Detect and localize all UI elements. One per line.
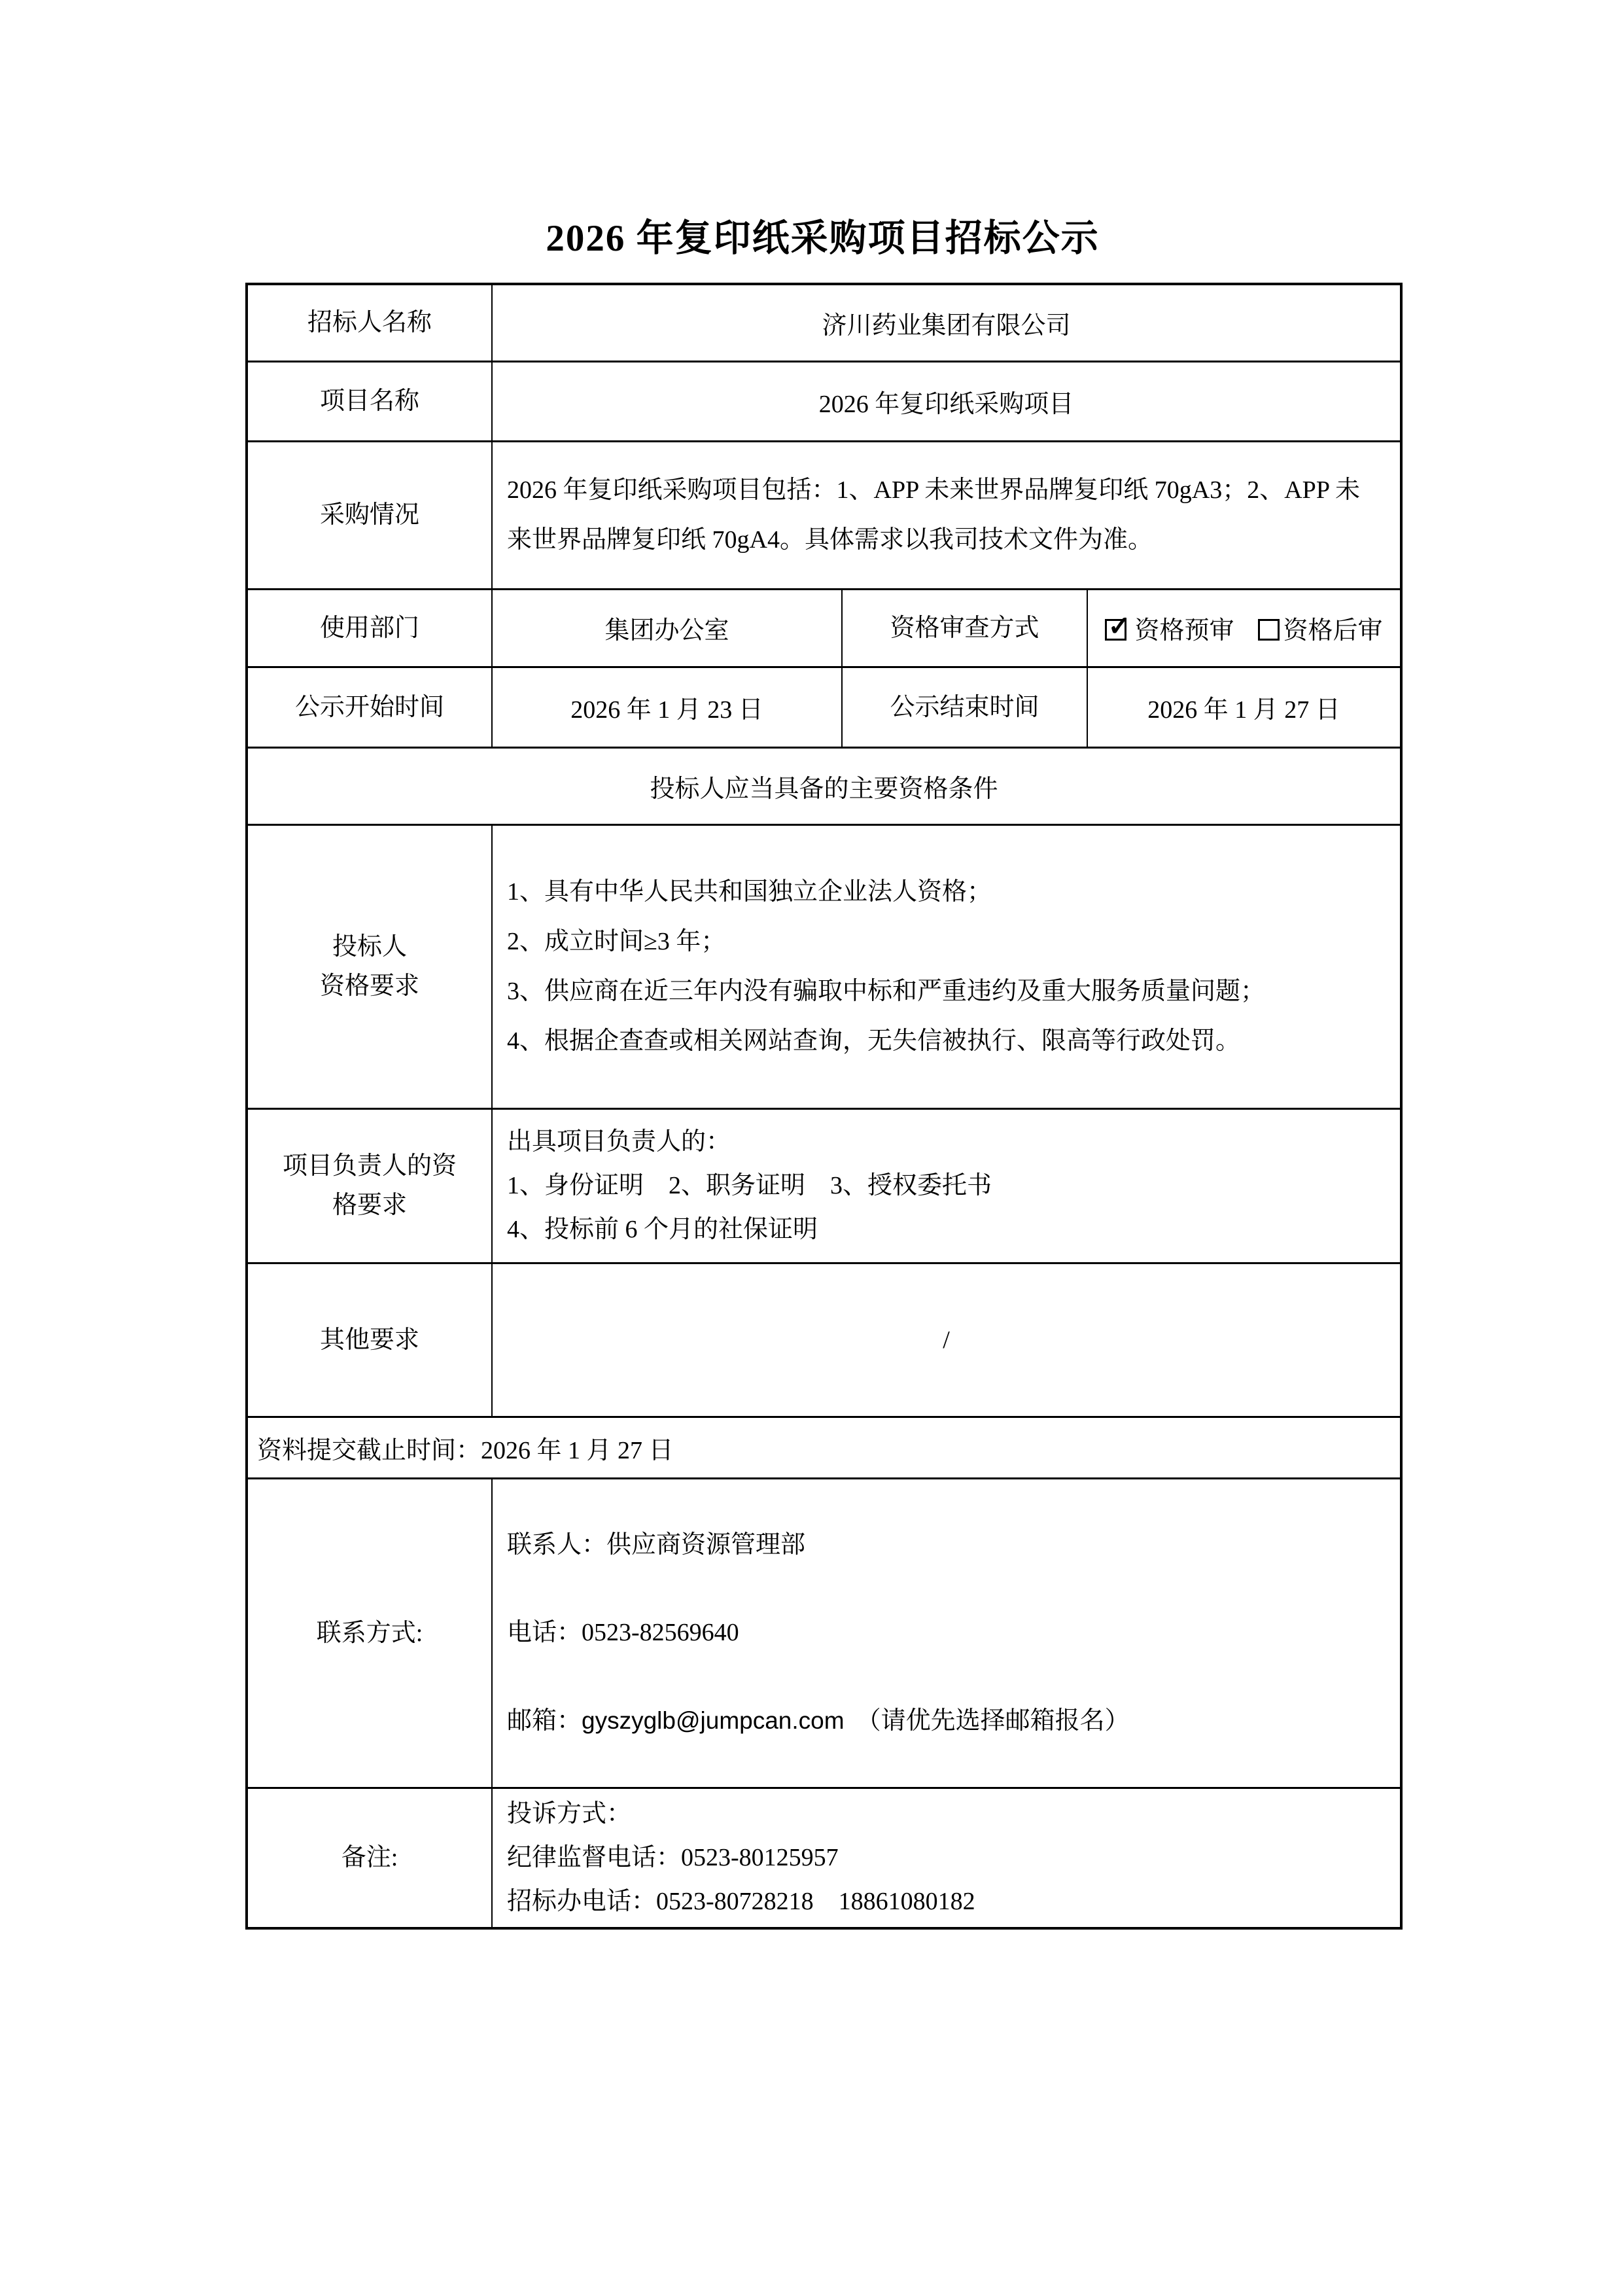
submission-deadline: 资料提交截止时间：2026 年 1 月 27 日 (247, 1417, 1401, 1478)
project-name-label: 项目名称 (247, 361, 492, 441)
publicity-end-label: 公示结束时间 (842, 667, 1087, 747)
bidder-requirements-content: 1、具有中华人民共和国独立企业法人资格； 2、成立时间≥3 年； 3、供应商在近… (492, 824, 1401, 1108)
publicity-start-label: 公示开始时间 (247, 667, 492, 747)
table-row: 其他要求 / (247, 1263, 1401, 1417)
project-name-value: 2026 年复印纸采购项目 (492, 361, 1401, 441)
table-row: 公示开始时间 2026 年 1 月 23 日 公示结束时间 2026 年 1 月… (247, 667, 1401, 747)
table-row: 项目负责人的资 格要求 出具项目负责人的： 1、身份证明 2、职务证明 3、授权… (247, 1108, 1401, 1263)
tenderer-label: 招标人名称 (247, 284, 492, 361)
publicity-start-value: 2026 年 1 月 23 日 (492, 667, 842, 747)
table-row: 招标人名称 济川药业集团有限公司 (247, 284, 1401, 361)
email-address[interactable]: gyszyglb@jumpcan.com (582, 1707, 845, 1734)
table-row: 资料提交截止时间：2026 年 1 月 27 日 (247, 1417, 1401, 1478)
pre-qualification-label: 资格预审 (1134, 610, 1234, 646)
remark-label: 备注: (247, 1788, 492, 1928)
document-page: 2026 年复印纸采购项目招标公示 招标人名称 济川药业集团有限公司 项目名称 … (0, 0, 1623, 2296)
table-row: 项目名称 2026 年复印纸采购项目 (247, 361, 1401, 441)
department-value: 集团办公室 (492, 589, 842, 667)
table-row: 联系方式: 联系人：供应商资源管理部 电话：0523-82569640 邮箱：g… (247, 1478, 1401, 1788)
post-qualification-label: 资格后审 (1283, 610, 1383, 646)
manager-requirements-label: 项目负责人的资 格要求 (247, 1108, 492, 1263)
post-qualification-checkbox[interactable] (1258, 619, 1280, 641)
tenderer-value: 济川药业集团有限公司 (492, 284, 1401, 361)
tender-notice-table: 招标人名称 济川药业集团有限公司 项目名称 2026 年复印纸采购项目 采购情况… (245, 283, 1403, 1930)
qualification-method-label: 资格审查方式 (842, 589, 1087, 667)
email-label: 邮箱： (507, 1707, 582, 1735)
page-title: 2026 年复印纸采购项目招标公示 (245, 216, 1400, 262)
procurement-value: 2026 年复印纸采购项目包括：1、APP 未来世界品牌复印纸 70gA3；2、… (492, 441, 1401, 589)
department-label: 使用部门 (247, 589, 492, 667)
manager-requirements-content: 出具项目负责人的： 1、身份证明 2、职务证明 3、授权委托书 4、投标前 6 … (492, 1108, 1401, 1263)
contact-person: 联系人：供应商资源管理部 (507, 1523, 1383, 1567)
qualification-method-value: ✓资格预审资格后审 (1087, 589, 1401, 667)
contact-phone: 电话：0523-82569640 (507, 1611, 1383, 1655)
email-note: （请优先选择邮箱报名） (856, 1707, 1130, 1735)
other-requirements-value: / (492, 1263, 1401, 1417)
table-row: 投标人 资格要求 1、具有中华人民共和国独立企业法人资格； 2、成立时间≥3 年… (247, 824, 1401, 1108)
remark-content: 投诉方式： 纪律监督电话：0523-80125957 招标办电话：0523-80… (492, 1788, 1401, 1928)
contact-label: 联系方式: (247, 1478, 492, 1788)
bidder-requirements-label: 投标人 资格要求 (247, 824, 492, 1108)
table-row: 使用部门 集团办公室 资格审查方式 ✓资格预审资格后审 (247, 589, 1401, 667)
pre-qualification-checkbox[interactable]: ✓ (1105, 619, 1126, 641)
other-requirements-label: 其他要求 (247, 1263, 492, 1417)
publicity-end-value: 2026 年 1 月 27 日 (1087, 667, 1401, 747)
contact-email-line: 邮箱：gyszyglb@jumpcan.com（请优先选择邮箱报名） (507, 1699, 1383, 1743)
table-row: 采购情况 2026 年复印纸采购项目包括：1、APP 未来世界品牌复印纸 70g… (247, 441, 1401, 589)
check-icon: ✓ (1108, 613, 1130, 641)
table-row: 投标人应当具备的主要资格条件 (247, 747, 1401, 824)
qualification-section-header: 投标人应当具备的主要资格条件 (247, 747, 1401, 824)
contact-content: 联系人：供应商资源管理部 电话：0523-82569640 邮箱：gyszygl… (492, 1478, 1401, 1788)
procurement-label: 采购情况 (247, 441, 492, 589)
table-row: 备注: 投诉方式： 纪律监督电话：0523-80125957 招标办电话：052… (247, 1788, 1401, 1928)
